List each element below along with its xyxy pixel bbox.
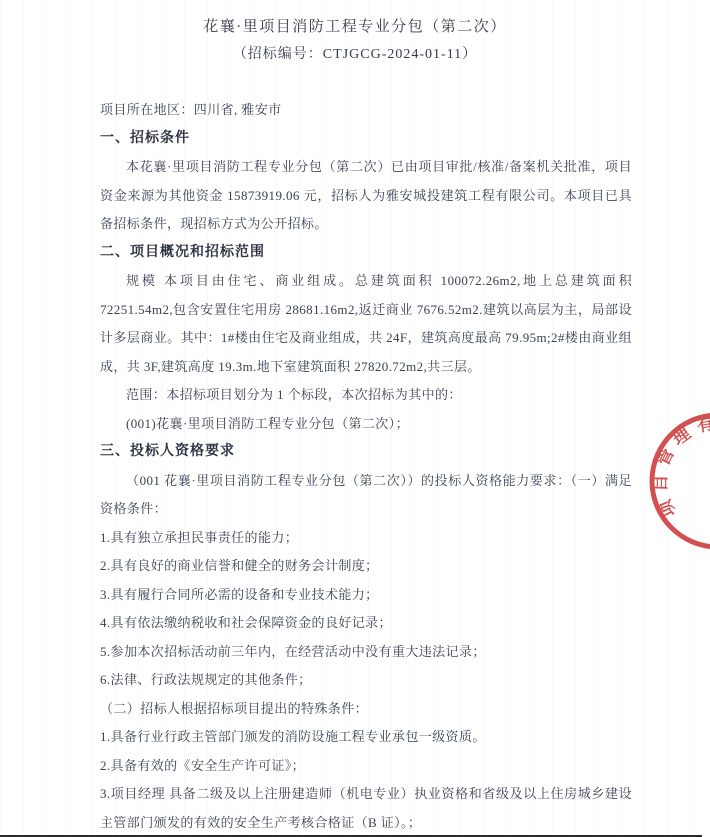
doc-block-item: 1.具有独立承担民事责任的能力； [100,524,632,553]
doc-block-para: （001 花襄·里项目消防工程专业分包（第二次））的投标人资格能力要求：（一）满… [100,467,632,524]
doc-block-para: 规模 本项目由住宅、商业组成。总建筑面积 100072.26m2,地上总建筑面积… [100,267,632,381]
doc-block-para: 本花襄·里项目消防工程专业分包（第二次）已由项目审批/核准/备案机关批准，项目资… [100,153,632,239]
doc-block-item: 3.项目经理 具备二级及以上注册建造师（机电专业）执业资格和省级及以上住房城乡建… [100,780,632,837]
doc-block-meta: 项目所在地区：四川省, 雅安市 [100,96,632,125]
doc-block-item: 5.参加本次招标活动前三年内，在经营活动中没有重大违法记录； [100,638,632,667]
doc-block-item: 6.法律、行政法规规定的其他条件； [100,666,632,695]
doc-block-heading: 二、项目概况和招标范围 [100,239,632,268]
doc-block-para: (001)花襄·里项目消防工程专业分包（第二次）； [100,410,632,439]
seal-text: 项目管理有限公司 [622,385,710,556]
doc-block-item: 2.具有良好的商业信誉和健全的财务会计制度； [100,552,632,581]
doc-block-item: 3.具有履行合同所必需的设备和专业技术能力； [100,581,632,610]
document-body: 项目所在地区：四川省, 雅安市一、招标条件本花襄·里项目消防工程专业分包（第二次… [0,96,632,837]
doc-block-para: 范围：本招标项目划分为 1 个标段，本次招标为其中的： [100,381,632,410]
scanned-document-page: 花襄·里项目消防工程专业分包（第二次） （招标编号：CTJGCG-2024-01… [0,0,710,837]
tender-number: （招标编号：CTJGCG-2024-01-11） [0,40,710,70]
doc-block-item: （二）招标人根据招标项目提出的特殊条件： [100,695,632,724]
doc-block-heading: 一、招标条件 [100,125,632,154]
seal-ring-icon [625,388,710,575]
doc-block-item: 1.具备行业行政主管部门颁发的消防设施工程专业承包一级资质。 [100,723,632,752]
doc-block-item: 4.具有依法缴纳税收和社会保障资金的良好记录； [100,609,632,638]
doc-block-item: 2.具备有效的《安全生产许可证》； [100,752,632,781]
document-title: 花襄·里项目消防工程专业分包（第二次） [0,14,710,40]
doc-block-heading: 三、投标人资格要求 [100,438,632,467]
